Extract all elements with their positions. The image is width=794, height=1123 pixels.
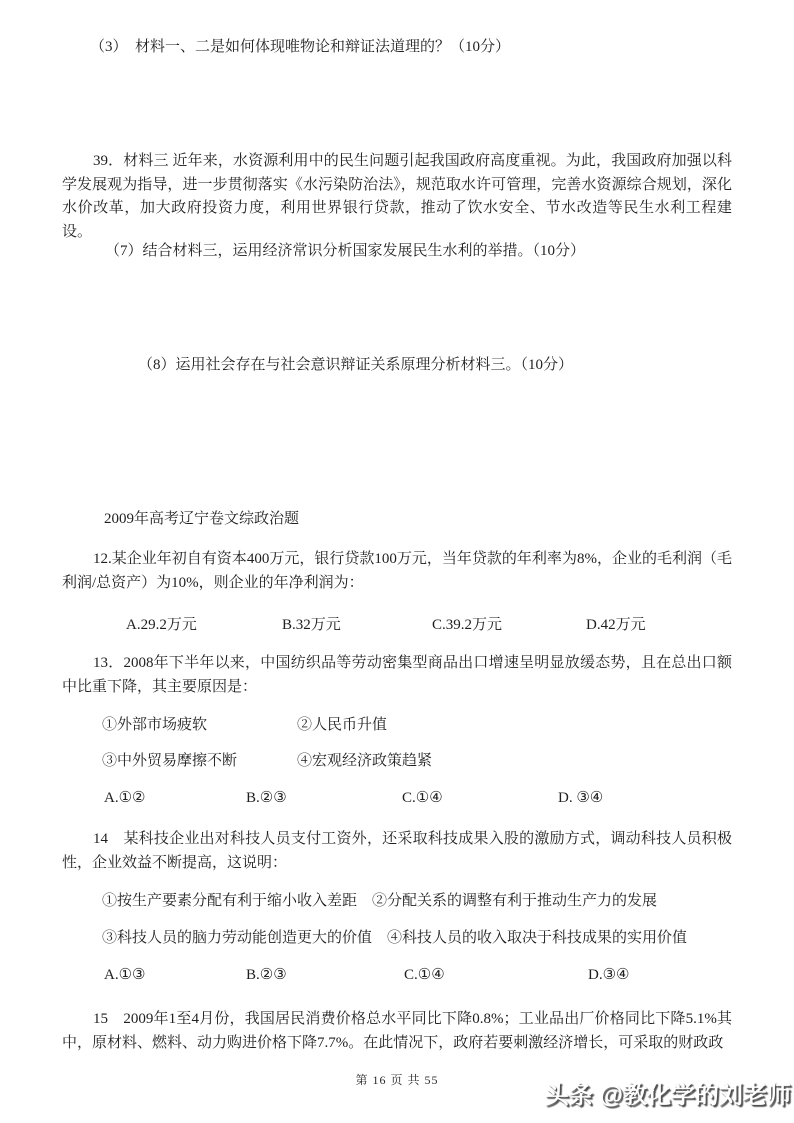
choice-d: D.42万元: [586, 614, 646, 638]
items-3-4: ③科技人员的脑力劳动能创造更大的价值 ④科技人员的收入取决于科技成果的实用价值: [102, 927, 687, 951]
question-15-stem: 15 2009年1至4月份，我国居民消费价格总水平同比下降0.8%；工业品出厂价…: [62, 1008, 732, 1055]
question-8-prompt: （8）运用社会存在与社会意识辩证关系原理分析材料三。（10分）: [62, 354, 732, 378]
choice-b: B.②③: [246, 787, 287, 811]
question-12-choices: A.29.2万元 B.32万元 C.39.2万元 D.42万元: [62, 614, 732, 638]
choice-c: C.39.2万元: [432, 614, 502, 638]
choice-a: A.29.2万元: [126, 614, 197, 638]
question-3-prompt: （3） 材料一、二是如何体现唯物论和辩证法道理的？（10分）: [62, 36, 732, 60]
question-13-choices: A.①② B.②③ C.①④ D. ③④: [62, 787, 732, 811]
question-14-items-row1: ①按生产要素分配有利于缩小收入差距 ②分配关系的调整有利于推动生产力的发展: [62, 890, 732, 914]
item-2: ②人民币升值: [297, 714, 387, 738]
document-page: （3） 材料一、二是如何体现唯物论和辩证法道理的？（10分） 39．材料三 近年…: [0, 0, 794, 1123]
toutiao-watermark: 头条 @教化学的刘老师: [545, 1084, 791, 1108]
question-14-stem: 14 某科技企业出对科技人员支付工资外，还采取科技成果入股的激励方式，调动科技人…: [62, 828, 732, 875]
question-12-stem: 12.某企业年初自有资本400万元，银行贷款100万元，当年贷款的年利率为8%，…: [62, 548, 732, 595]
choice-b: B.②③: [246, 964, 287, 988]
material-3-paragraph: 39．材料三 近年来，水资源利用中的民生问题引起我国政府高度重视。为此，我国政府…: [62, 150, 732, 244]
choice-d: D.③④: [588, 964, 629, 988]
question-14-choices: A.①③ B.②③ C.①④ D.③④: [62, 964, 732, 988]
item-1: ①外部市场疲软: [102, 714, 207, 738]
question-14-items-row2: ③科技人员的脑力劳动能创造更大的价值 ④科技人员的收入取决于科技成果的实用价值: [62, 927, 732, 951]
choice-a: A.①②: [104, 787, 145, 811]
question-13-items-row1: ①外部市场疲软 ②人民币升值: [62, 714, 732, 738]
items-1-2: ①按生产要素分配有利于缩小收入差距 ②分配关系的调整有利于推动生产力的发展: [102, 890, 657, 914]
item-4: ④宏观经济政策趋紧: [297, 750, 432, 774]
question-13-items-row2: ③中外贸易摩擦不断 ④宏观经济政策趋紧: [62, 750, 732, 774]
choice-c: C.①④: [402, 787, 443, 811]
question-7-prompt: （7）结合材料三，运用经济常识分析国家发展民生水利的举措。（10分）: [62, 240, 732, 264]
choice-c: C.①④: [404, 964, 445, 988]
section-title: 2009年高考辽宁卷文综政治题: [62, 508, 732, 532]
question-13-stem: 13．2008年下半年以来，中国纺织品等劳动密集型商品出口增速呈明显放缓态势，且…: [62, 652, 732, 699]
choice-b: B.32万元: [282, 614, 341, 638]
choice-a: A.①③: [104, 964, 145, 988]
choice-d: D. ③④: [558, 787, 603, 811]
item-3: ③中外贸易摩擦不断: [102, 750, 237, 774]
